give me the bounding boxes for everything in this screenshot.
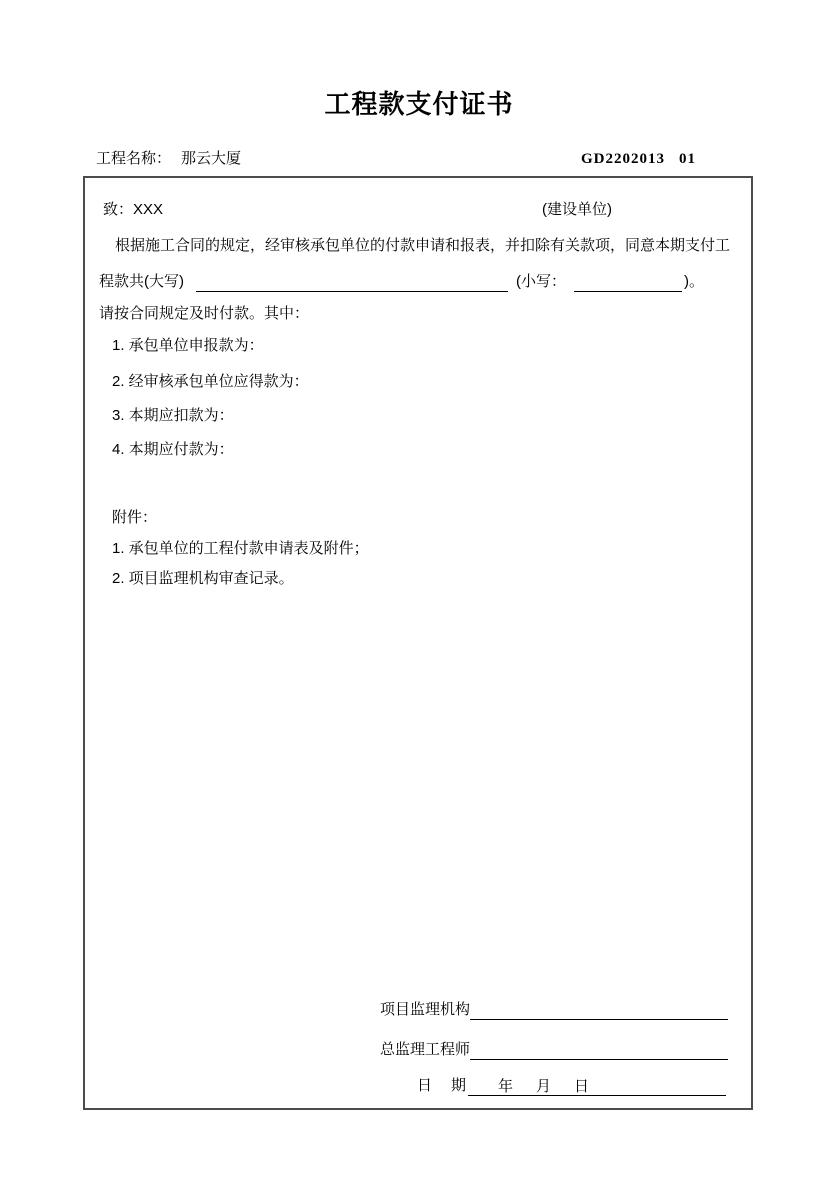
signature-date-line: 日 期年 月 日 [417,1076,737,1096]
document-page: 工程款支付证书 工程名称：那云大厦 GD220201301 致：XXX (建设单… [0,0,838,1186]
list-item-payable-amount: 4. 本期应付款为： [112,440,737,460]
list-item-declared-amount: 1. 承包单位申报款为： [112,336,737,356]
certificate-form-box: 致：XXX (建设单位) 根据施工合同的规定，经审核承包单位的付款申请和报表，并… [83,176,753,1110]
payment-instruction-line: 请按合同规定及时付款。其中： [99,304,737,324]
signature-date-fill-line[interactable]: 年 月 日 [468,1077,726,1096]
signature-chief-engineer-fill-line[interactable] [470,1041,728,1060]
list-item-approved-amount: 2. 经审核承包单位应得款为： [112,372,737,392]
addressee-line: 致：XXX (建设单位) [99,200,737,220]
document-title: 工程款支付证书 [0,84,838,121]
signature-org-line: 项目监理机构 [380,1000,737,1020]
doc-code-group: GD220201301 [581,151,696,168]
addressee-label: 致：XXX [103,201,163,218]
project-name-value: 那云大厦 [181,150,241,167]
attachment-item-application-form: 1. 承包单位的工程付款申请表及附件； [112,539,737,559]
signature-org-fill-line[interactable] [470,1001,728,1020]
attachments-label: 附件： [112,508,737,528]
attachment-item-review-record: 2. 项目监理机构审查记录。 [112,569,737,589]
agreement-paragraph-line2: 程款共(大写)(小写：)。 [99,272,737,292]
amount-capital-label: 程款共(大写) [99,273,184,290]
amount-line-suffix: )。 [684,273,704,290]
project-name-group: 工程名称：那云大厦 [96,147,241,168]
signature-org-label: 项目监理机构 [380,1001,470,1018]
amount-numeric-fill-line[interactable] [574,273,682,292]
list-item-deduction-amount: 3. 本期应扣款为： [112,406,737,426]
signature-chief-engineer-line: 总监理工程师 [380,1040,737,1060]
amount-numeric-label: (小写： [516,273,566,290]
recipient-role-label: (建设单位) [542,200,612,220]
signature-chief-engineer-label: 总监理工程师 [380,1041,470,1058]
agreement-paragraph-line1: 根据施工合同的规定，经审核承包单位的付款申请和报表，并扣除有关款项，同意本期支付… [99,236,737,256]
amount-capital-fill-line[interactable] [196,273,508,292]
signature-date-label: 日 期 [417,1077,468,1094]
document-header-line: 工程名称：那云大厦 GD220201301 [96,147,696,168]
doc-code: GD2202013 [581,151,665,167]
doc-serial-number: 01 [679,151,696,167]
project-name-label: 工程名称： [96,150,171,167]
